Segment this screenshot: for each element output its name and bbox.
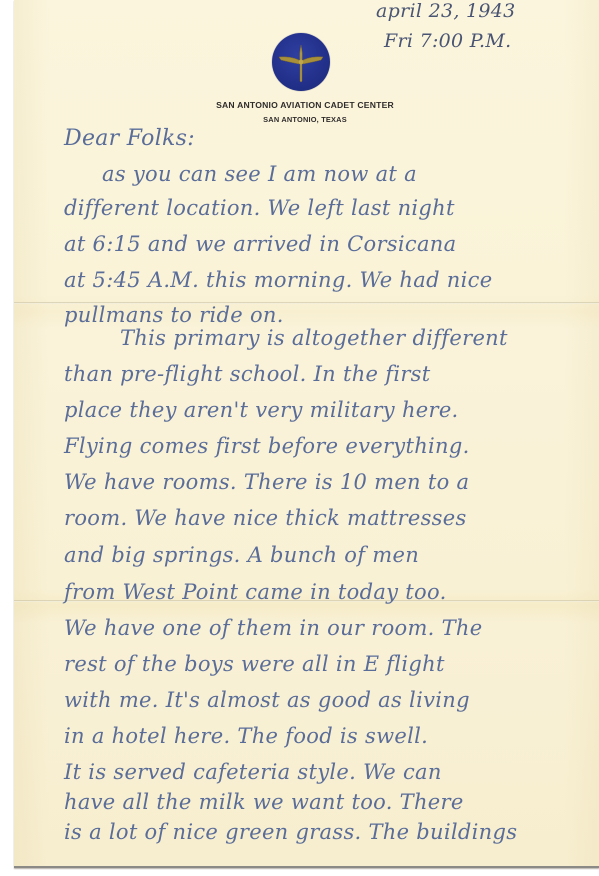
body-line: It is served cafeteria style. We can: [64, 760, 442, 784]
scanned-letter: april 23, 1943 Fri 7:00 P.M. SAN ANTONIO…: [0, 0, 599, 876]
letter-date: april 23, 1943: [376, 0, 516, 22]
letterhead-location: SAN ANTONIO, TEXAS: [160, 115, 450, 124]
body-line: as you can see I am now at a: [102, 162, 417, 186]
body-line: We have rooms. There is 10 men to a: [64, 470, 469, 494]
body-line: is a lot of nice green grass. The buildi…: [64, 820, 517, 844]
body-line: in a hotel here. The food is swell.: [64, 724, 428, 748]
propeller-wings-emblem-icon: [272, 33, 330, 91]
letterhead-organization: SAN ANTONIO AVIATION CADET CENTER: [160, 100, 450, 110]
body-line: room. We have nice thick mattresses: [64, 506, 467, 530]
body-line: from West Point came in today too.: [64, 580, 447, 604]
body-line: at 5:45 A.M. this morning. We had nice: [64, 268, 492, 292]
letter-time: Fri 7:00 P.M.: [384, 30, 511, 52]
body-line: than pre-flight school. In the first: [64, 362, 431, 386]
body-line: with me. It's almost as good as living: [64, 688, 470, 712]
body-line: have all the milk we want too. There: [64, 790, 464, 814]
body-line: We have one of them in our room. The: [64, 616, 482, 640]
body-line: This primary is altogether different: [120, 326, 508, 350]
salutation: Dear Folks:: [64, 126, 195, 151]
body-line: and big springs. A bunch of men: [64, 543, 419, 567]
body-line: at 6:15 and we arrived in Corsicana: [64, 232, 456, 256]
body-line: rest of the boys were all in E flight: [64, 652, 445, 676]
body-line: Flying comes first before everything.: [64, 434, 470, 458]
body-line: pullmans to ride on.: [64, 303, 284, 327]
body-line: place they aren't very military here.: [64, 398, 459, 422]
body-line: different location. We left last night: [64, 196, 455, 220]
